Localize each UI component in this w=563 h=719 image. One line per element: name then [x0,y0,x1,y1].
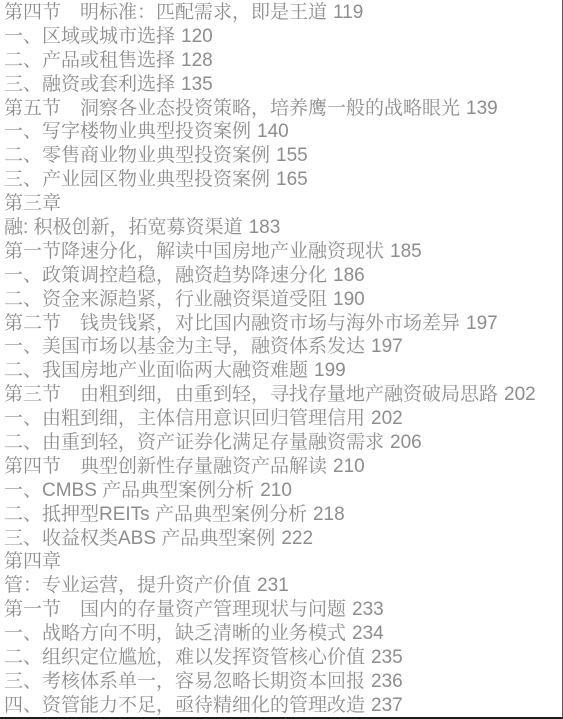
toc-entry[interactable]: 第一节 国内的存量资产管理现状与问题233 [4,598,562,622]
toc-entry-page-number: 218 [313,504,345,525]
toc-entry-page-number: 236 [371,671,403,692]
toc-entry-page-number: 185 [390,241,422,262]
toc-entry-page-number: 197 [466,313,498,334]
toc-entry-page-number: 237 [371,695,403,716]
toc-entry[interactable]: 一、写字楼物业典型投资案例140 [4,120,562,144]
toc-entry[interactable]: 第四章 [4,550,562,574]
toc-entry-page-number: 234 [352,623,384,644]
toc-entry-title: 一、CMBS 产品典型案例分析 [4,480,254,501]
toc-entry[interactable]: 二、资金来源趋紧，行业融资渠道受阻190 [4,288,562,312]
toc-entry[interactable]: 第一节降速分化，解读中国房地产业融资现状185 [4,240,562,264]
toc-entry[interactable]: 三、融资或套利选择135 [4,73,562,97]
toc-entry-title: 二、由重到轻，资产证券化满足存量融资需求 [4,432,384,453]
toc-entry[interactable]: 二、由重到轻，资产证券化满足存量融资需求206 [4,431,562,455]
toc-entry-title: 第四章 [4,551,61,572]
toc-entry-title: 二、组织定位尴尬，难以发挥资管核心价值 [4,647,365,668]
toc-entry-page-number: 202 [371,408,403,429]
toc-entry[interactable]: 三、收益权类ABS 产品典型案例222 [4,527,562,551]
toc-entry-page-number: 186 [333,265,365,286]
toc-entry[interactable]: 第四节 明标准：匹配需求，即是王道119 [4,1,562,25]
toc-entry-title: 一、由粗到细，主体信用意识回归管理信用 [4,408,365,429]
toc-entry-page-number: 128 [181,50,213,71]
toc-entry-title: 二、资金来源趋紧，行业融资渠道受阻 [4,289,327,310]
toc-entry[interactable]: 一、CMBS 产品典型案例分析210 [4,479,562,503]
toc-entry-title: 二、我国房地产业面临两大融资难题 [4,360,308,381]
toc-entry[interactable]: 第三节 由粗到细，由重到轻，寻找存量地产融资破局思路202 [4,383,562,407]
toc-entry[interactable]: 一、美国市场以基金为主导，融资体系发达197 [4,335,562,359]
toc-entry-page-number: 199 [314,360,346,381]
toc-entry-title: 第四节 明标准：匹配需求，即是王道 [4,2,327,23]
toc-entry[interactable]: 三、考核体系单一，容易忽略长期资本回报236 [4,670,562,694]
toc-entry-page-number: 222 [281,528,313,549]
toc-entry[interactable]: 第二节 钱贵钱紧，对比国内融资市场与海外市场差异197 [4,312,562,336]
toc-entry-page-number: 233 [352,599,384,620]
toc-page: 第四节 明标准：匹配需求，即是王道119一、区域或城市选择120二、产品或租售选… [0,0,563,719]
toc-entry-page-number: 120 [181,26,213,47]
toc-entry[interactable]: 三、产业园区物业典型投资案例165 [4,168,562,192]
toc-entry-title: 二、零售商业物业典型投资案例 [4,145,270,166]
toc-entry-title: 三、产业园区物业典型投资案例 [4,169,270,190]
toc-entry[interactable]: 四、资管能力不足，亟待精细化的管理改造237 [4,694,562,718]
toc-entry-page-number: 210 [260,480,292,501]
toc-entry[interactable]: 一、区域或城市选择120 [4,25,562,49]
toc-entry[interactable]: 一、由粗到细，主体信用意识回归管理信用202 [4,407,562,431]
toc-entry-page-number: 210 [333,456,365,477]
toc-entry[interactable]: 融: 积极创新，拓宽募资渠道183 [4,216,562,240]
toc-entry-page-number: 197 [371,336,403,357]
toc-entry[interactable]: 二、我国房地产业面临两大融资难题199 [4,359,562,383]
toc-entry[interactable]: 一、政策调控趋稳，融资趋势降速分化186 [4,264,562,288]
toc-entry-page-number: 231 [257,575,289,596]
toc-entry-page-number: 139 [466,98,498,119]
toc-entry-title: 一、美国市场以基金为主导，融资体系发达 [4,336,365,357]
toc-entry-title: 三、考核体系单一，容易忽略长期资本回报 [4,671,365,692]
toc-entry-page-number: 119 [333,2,363,23]
toc-entry-title: 一、战略方向不明，缺乏清晰的业务模式 [4,623,346,644]
toc-list: 第四节 明标准：匹配需求，即是王道119一、区域或城市选择120二、产品或租售选… [4,1,562,718]
toc-entry[interactable]: 第三章 [4,192,562,216]
toc-entry-page-number: 235 [371,647,403,668]
toc-entry-title: 第四节 典型创新性存量融资产品解读 [4,456,327,477]
toc-entry-title: 第五节 洞察各业态投资策略，培养鹰一般的战略眼光 [4,98,460,119]
toc-entry-title: 一、区域或城市选择 [4,26,175,47]
toc-entry[interactable]: 第五节 洞察各业态投资策略，培养鹰一般的战略眼光139 [4,97,562,121]
toc-entry-page-number: 202 [504,384,536,405]
toc-entry[interactable]: 二、抵押型REITs 产品典型案例分析218 [4,503,562,527]
toc-entry-title: 融: 积极创新，拓宽募资渠道 [4,217,243,238]
toc-entry-page-number: 140 [257,121,289,142]
toc-entry[interactable]: 二、产品或租售选择128 [4,49,562,73]
toc-entry-title: 第三节 由粗到细，由重到轻，寻找存量地产融资破局思路 [4,384,498,405]
toc-entry[interactable]: 一、战略方向不明，缺乏清晰的业务模式234 [4,622,562,646]
toc-entry-page-number: 155 [276,145,308,166]
toc-entry-page-number: 206 [390,432,422,453]
toc-entry[interactable]: 二、组织定位尴尬，难以发挥资管核心价值235 [4,646,562,670]
toc-entry-page-number: 183 [249,217,281,238]
toc-entry-title: 第一节 国内的存量资产管理现状与问题 [4,599,346,620]
toc-entry[interactable]: 第四节 典型创新性存量融资产品解读210 [4,455,562,479]
toc-entry-title: 一、写字楼物业典型投资案例 [4,121,251,142]
toc-entry-title: 第一节降速分化，解读中国房地产业融资现状 [4,241,384,262]
toc-entry-title: 管：专业运营，提升资产价值 [4,575,251,596]
toc-entry[interactable]: 管：专业运营，提升资产价值231 [4,574,562,598]
toc-entry-title: 二、产品或租售选择 [4,50,175,71]
toc-entry-title: 第二节 钱贵钱紧，对比国内融资市场与海外市场差异 [4,313,460,334]
toc-entry-title: 二、抵押型REITs 产品典型案例分析 [4,504,307,525]
toc-entry-title: 第三章 [4,193,61,214]
toc-entry-page-number: 190 [333,289,365,310]
toc-entry-page-number: 165 [276,169,308,190]
toc-entry-page-number: 135 [181,74,213,95]
toc-entry-title: 一、政策调控趋稳，融资趋势降速分化 [4,265,327,286]
toc-entry-title: 三、收益权类ABS 产品典型案例 [4,528,275,549]
toc-entry[interactable]: 二、零售商业物业典型投资案例155 [4,144,562,168]
toc-entry-title: 四、资管能力不足，亟待精细化的管理改造 [4,695,365,716]
toc-entry-title: 三、融资或套利选择 [4,74,175,95]
